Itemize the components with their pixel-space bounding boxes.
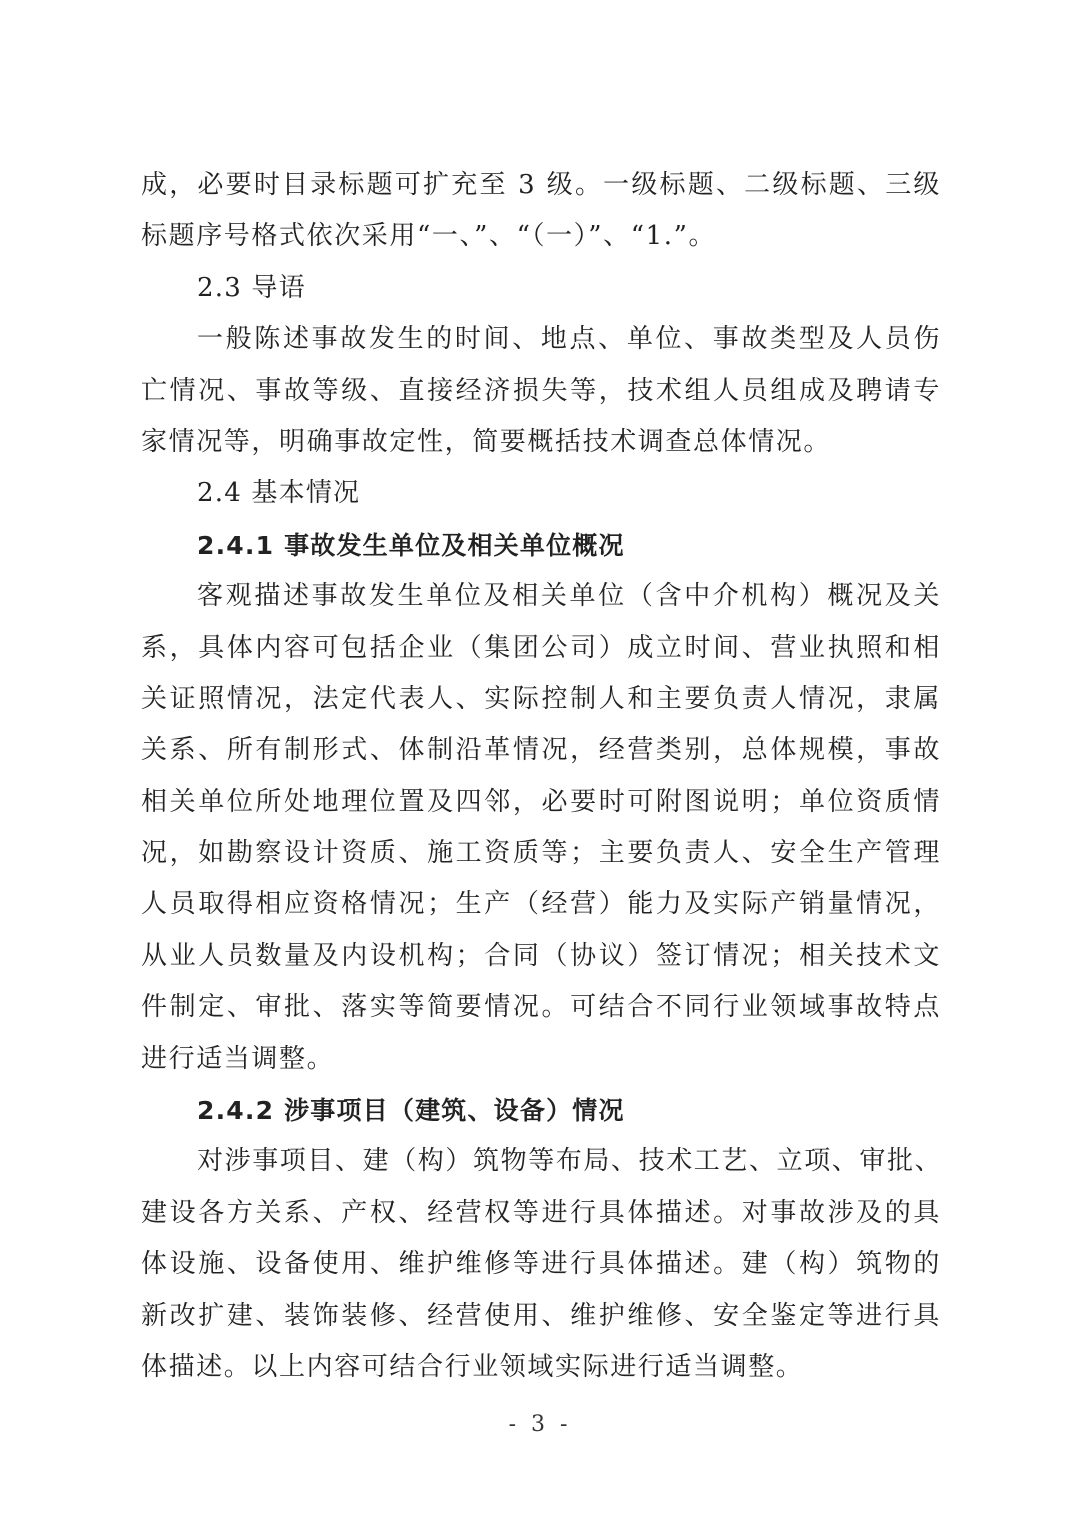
text-line: 相关单位所处地理位置及四邻，必要时可附图说明；单位资质情 [141,777,941,828]
text-line: 亡情况、事故等级、直接经济损失等，技术组人员组成及聘请专 [141,366,941,417]
text-line: 对涉事项目、建（构）筑物等布局、技术工艺、立项、审批、 [141,1136,941,1187]
paragraph-toc-levels: 成，必要时目录标题可扩充至 3 级。一级标题、二级标题、三级 标题序号格式依次采… [141,160,941,263]
text-line: 客观描述事故发生单位及相关单位（含中介机构）概况及关 [141,571,941,622]
page-number: - 3 - [0,1412,1080,1437]
text-line: 一般陈述事故发生的时间、地点、单位、事故类型及人员伤 [141,314,941,365]
text-line: 成，必要时目录标题可扩充至 3 级。一级标题、二级标题、三级 [141,160,941,211]
text-line: 体设施、设备使用、维护维修等进行具体描述。建（构）筑物的 [141,1239,941,1290]
text-line: 件制定、审批、落实等简要情况。可结合不同行业领域事故特点 [141,982,941,1033]
text-line: 进行适当调整。 [141,1034,941,1085]
subsection-heading-2-4-2: 2.4.2 涉事项目（建筑、设备）情况 [141,1085,941,1136]
paragraph-introduction: 一般陈述事故发生的时间、地点、单位、事故类型及人员伤 亡情况、事故等级、直接经济… [141,314,941,468]
document-page: 成，必要时目录标题可扩充至 3 级。一级标题、二级标题、三级 标题序号格式依次采… [141,160,941,1393]
paragraph-unit-overview: 客观描述事故发生单位及相关单位（含中介机构）概况及关 系，具体内容可包括企业（集… [141,571,941,1085]
text-line: 家情况等，明确事故定性，简要概括技术调查总体情况。 [141,417,941,468]
text-line: 人员取得相应资格情况；生产（经营）能力及实际产销量情况， [141,879,941,930]
section-heading-2-3: 2.3 导语 [141,263,941,314]
text-line: 关系、所有制形式、体制沿革情况，经营类别，总体规模，事故 [141,725,941,776]
text-line: 新改扩建、装饰装修、经营使用、维护维修、安全鉴定等进行具 [141,1291,941,1342]
text-line: 建设各方关系、产权、经营权等进行具体描述。对事故涉及的具 [141,1188,941,1239]
text-line: 标题序号格式依次采用“一、”、“（一）”、“1.”。 [141,211,941,262]
text-line: 关证照情况，法定代表人、实际控制人和主要负责人情况，隶属 [141,674,941,725]
text-line: 从业人员数量及内设机构；合同（协议）签订情况；相关技术文 [141,931,941,982]
section-heading-2-4: 2.4 基本情况 [141,468,941,519]
text-line: 况，如勘察设计资质、施工资质等；主要负责人、安全生产管理 [141,828,941,879]
subsection-heading-2-4-1: 2.4.1 事故发生单位及相关单位概况 [141,520,941,571]
text-line: 系，具体内容可包括企业（集团公司）成立时间、营业执照和相 [141,623,941,674]
paragraph-project-situation: 对涉事项目、建（构）筑物等布局、技术工艺、立项、审批、 建设各方关系、产权、经营… [141,1136,941,1393]
text-line: 体描述。以上内容可结合行业领域实际进行适当调整。 [141,1342,941,1393]
